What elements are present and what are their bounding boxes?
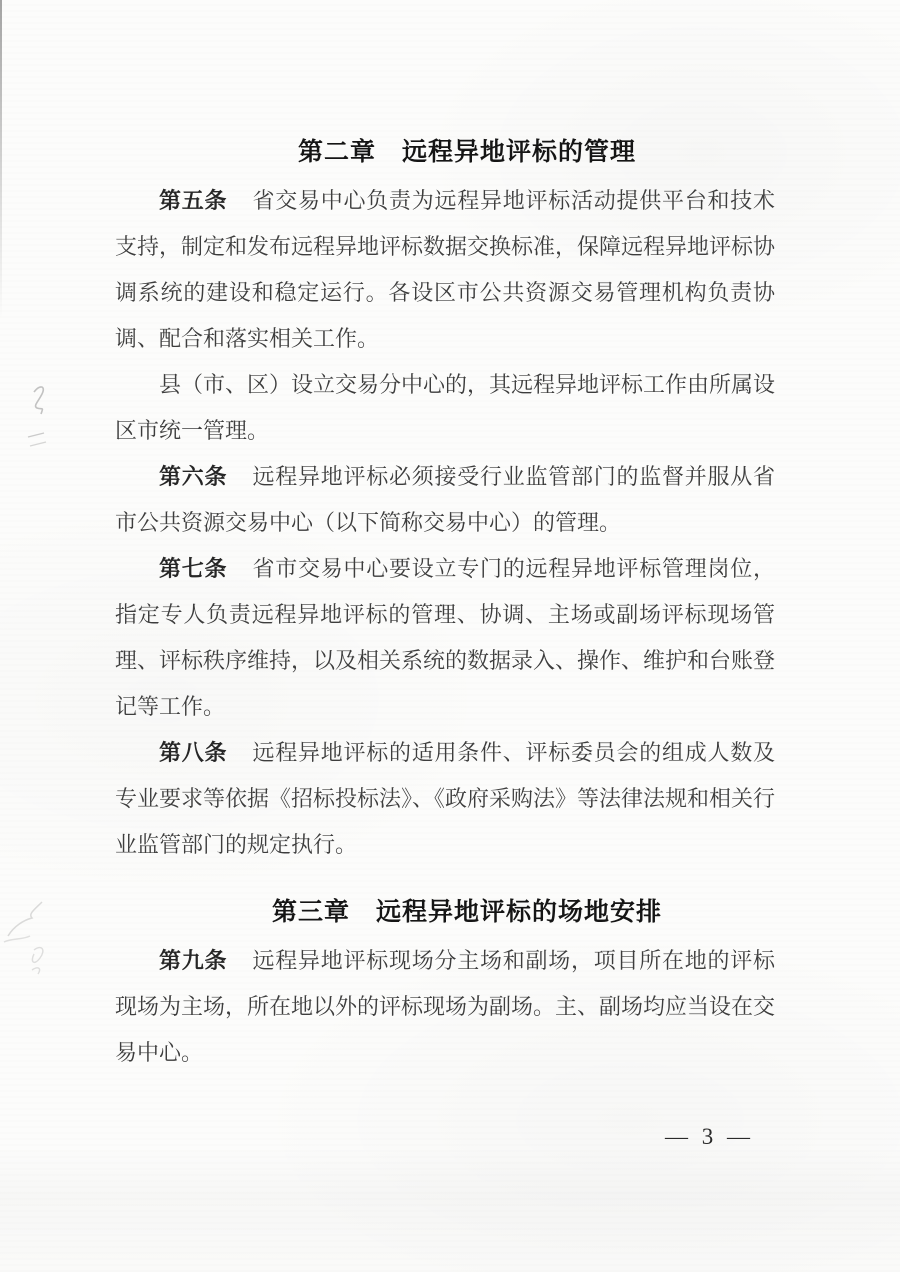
scan-edge-line <box>0 0 2 320</box>
article-8-paragraph: 第八条远程异地评标的适用条件、评标委员会的组成人数及专业要求等依据《招标投标法》… <box>115 730 775 868</box>
chapter-2-heading: 第二章 远程异地评标的管理 <box>137 132 797 172</box>
article-9-paragraph: 第九条远程异地评标现场分主场和副场，项目所在地的评标现场为主场，所在地以外的评标… <box>115 938 775 1076</box>
article-8-number-label: 第八条 <box>159 740 227 765</box>
article-6-number-label: 第六条 <box>159 464 227 489</box>
pencil-mark-icon <box>20 380 60 470</box>
article-7-number-label: 第七条 <box>159 556 227 581</box>
pencil-mark-icon <box>2 890 62 985</box>
article-5-paragraph: 第五条省交易中心负责为远程异地评标活动提供平台和技术支持，制定和发布远程异地评标… <box>115 178 775 362</box>
article-5-number-label: 第五条 <box>159 188 227 213</box>
article-7-paragraph: 第七条省市交易中心要设立专门的远程异地评标管理岗位，指定专人负责远程异地评标的管… <box>115 546 775 730</box>
document-page: 第二章 远程异地评标的管理 第五条省交易中心负责为远程异地评标活动提供平台和技术… <box>0 0 900 1272</box>
article-9-number-label: 第九条 <box>159 948 227 973</box>
chapter-3-heading: 第三章 远程异地评标的场地安排 <box>137 892 797 932</box>
document-content: 第二章 远程异地评标的管理 第五条省交易中心负责为远程异地评标活动提供平台和技术… <box>115 132 775 1076</box>
page-number: — 3 — <box>665 1124 754 1150</box>
article-5-continuation-paragraph: 县（市、区）设立交易分中心的，其远程异地评标工作由所属设区市统一管理。 <box>115 362 775 454</box>
article-6-paragraph: 第六条远程异地评标必须接受行业监管部门的监督并服从省市公共资源交易中心（以下简称… <box>115 454 775 546</box>
